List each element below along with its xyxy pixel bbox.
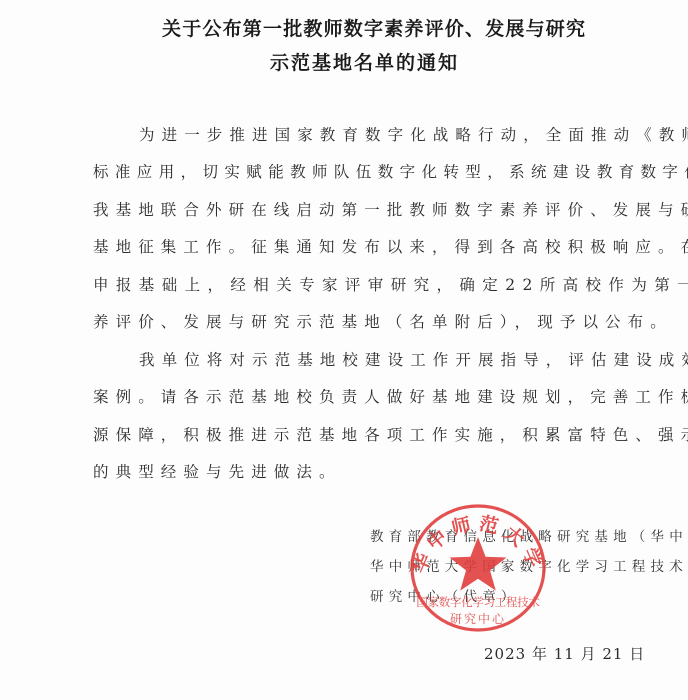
paragraph-line: 为进一步推进国家教育数字化战略行动，全面推动《教师数字素养》	[139, 124, 688, 146]
paragraph-line: 我基地联合外研在线启动第一批教师数字素养评价、发展与研究合作示范	[93, 199, 688, 221]
signature-line: 研究中心（代章）	[370, 587, 520, 607]
paragraph-line: 基地征集工作。征集通知发布以来，得到各高校积极响应。在各高校自愿	[93, 236, 688, 258]
paragraph-line: 养评价、发展与研究示范基地（名单附后），现予以公布。	[93, 311, 673, 333]
paragraph-line: 的典型经验与先进做法。	[93, 461, 342, 483]
paragraph-line: 我单位将对示范基地校建设工作开展指导，评估建设成效，培育典型	[139, 349, 688, 371]
paragraph-line: 源保障，积极推进示范基地各项工作实施，积累富特色、强示范、广应用	[93, 424, 688, 446]
document-page: 关于公布第一批教师数字素养评价、发展与研究 示范基地名单的通知 为进一步推进国家…	[0, 0, 688, 700]
seal-inner-text-2: 研究中心	[450, 611, 506, 626]
paragraph-line: 标准应用，切实赋能教师队伍数字化转型，系统建设教育数字化新生态，	[93, 161, 688, 183]
signature-line: 华中师范大学国家数字化学习工程技术	[370, 557, 688, 577]
paragraph-line: 申报基础上，经相关专家评审研究，确定22所高校作为第一批教师数字素	[93, 274, 688, 296]
document-title-line-1: 关于公布第一批教师数字素养评价、发展与研究	[162, 17, 586, 41]
document-title-line-2: 示范基地名单的通知	[270, 51, 459, 75]
paragraph-line: 案例。请各示范基地校负责人做好基地建设规划，完善工作机制，强化资	[93, 386, 688, 408]
document-date: 2023 年 11 月 21 日	[484, 643, 645, 665]
signature-line: 教育部教育信息化战略研究基地（华中）	[370, 527, 688, 547]
